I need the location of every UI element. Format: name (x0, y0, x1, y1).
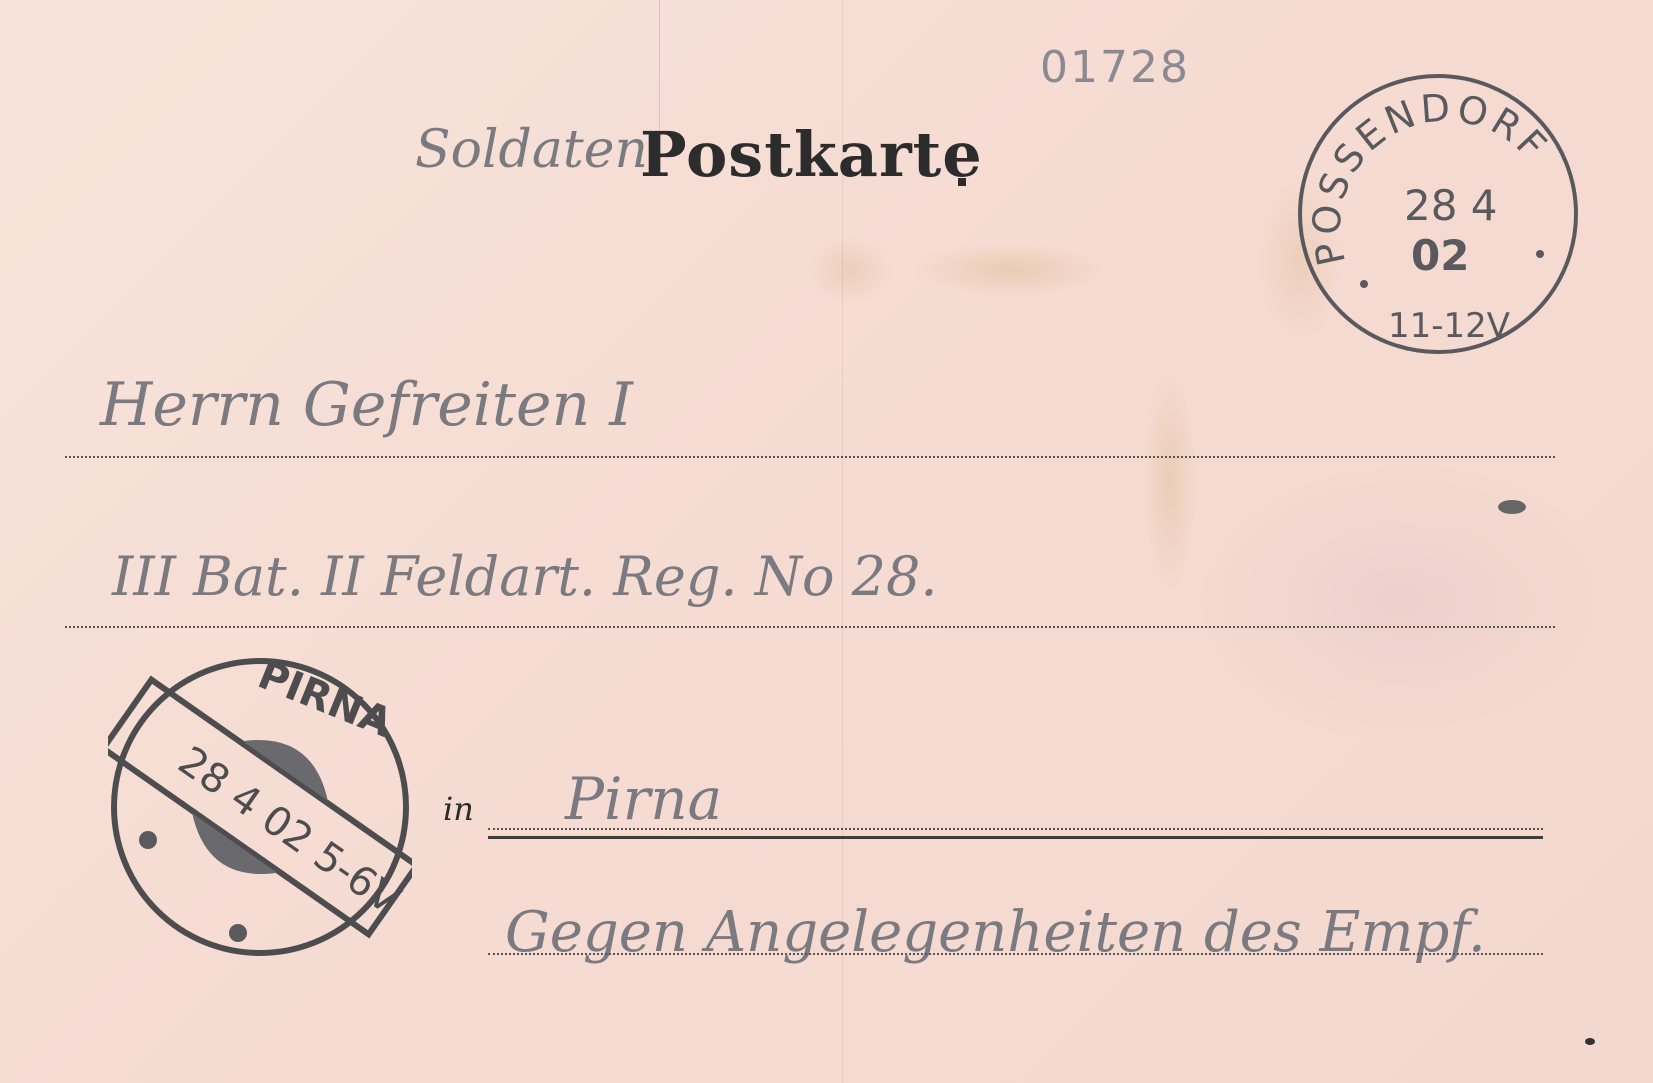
archive-number: 01728 (1040, 42, 1190, 93)
handwritten-prefix: Soldaten (415, 120, 648, 180)
address-dotted-line-3 (488, 828, 1543, 830)
address-dotted-line-4 (488, 953, 1543, 955)
title-period (958, 178, 966, 186)
address-line-4: Gegen Angelegenheiten des Empf. (505, 900, 1486, 965)
postcard-back: 01728 Soldaten Postkarte POSSENDORF 28 4… (0, 0, 1653, 1083)
postcard-title: Postkarte (640, 118, 983, 191)
ink-spot (1585, 1038, 1595, 1045)
possendorf-day-month: 28 4 (1404, 181, 1498, 230)
address-dotted-line-2 (65, 626, 1555, 628)
address-dotted-line-1 (65, 456, 1555, 458)
ink-spot (1498, 500, 1526, 514)
possendorf-postmark: POSSENDORF 28 4 02 11-12V (1296, 72, 1580, 356)
in-label: in (443, 790, 474, 828)
fold-line (659, 0, 660, 130)
address-line-3-town: Pirna (565, 765, 722, 833)
address-line-2: III Bat. II Feldart. Reg. No 28. (112, 545, 938, 608)
pirna-postmark: 28 4 02 5-6V PIRNA (108, 655, 412, 959)
address-line-1: Herrn Gefreiten I (100, 370, 633, 440)
possendorf-time: 11-12V (1388, 306, 1510, 346)
possendorf-year: 02 (1411, 231, 1469, 280)
pirna-town: PIRNA (252, 655, 399, 747)
address-solid-line (488, 836, 1543, 839)
